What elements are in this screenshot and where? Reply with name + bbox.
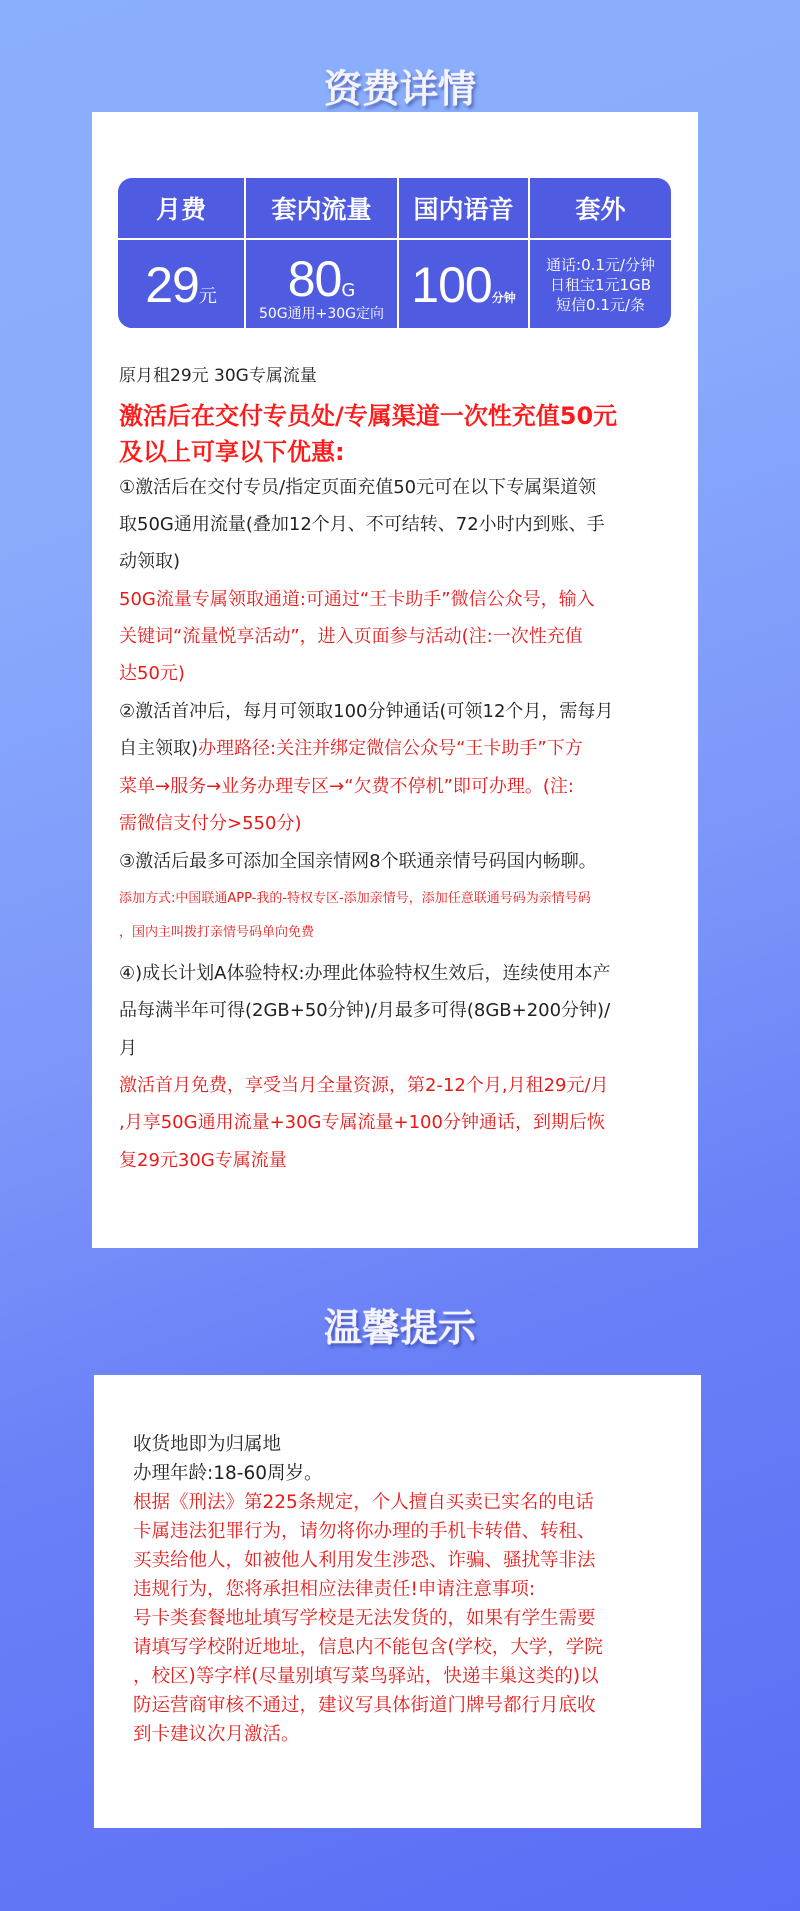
tip-legal-line-4: 违规行为，您将承担相应法律责任!申请注意事项:: [133, 1575, 535, 1601]
overage-daily-pass: 日租宝1元1GB: [550, 275, 651, 295]
price-col-overage: 套外 通话:0.1元/分钟 日租宝1元1GB 短信0.1元/条: [530, 178, 671, 328]
tip-address-line-4: 防运营商审核不通过，建议写具体街道门牌号都行月底收: [133, 1691, 596, 1717]
price-header-voice: 国内语音: [399, 178, 528, 240]
benefit-2-line-1: ②激活首冲后，每月可领取100分钟通话(可领12个月，需每月: [119, 697, 613, 723]
tip-delivery-location: 收货地即为归属地: [133, 1430, 281, 1456]
overage-call-rate: 通话:0.1元/分钟: [546, 255, 655, 275]
price-header-overage: 套外: [530, 178, 671, 240]
monthly-fee-value: 29元: [145, 260, 217, 310]
benefit-4-line-2: 品每满半年可得(2GB+50分钟)/月最多可得(8GB+200分钟)/: [119, 996, 610, 1022]
benefit-4-line-3: 月: [119, 1034, 137, 1060]
promo-headline-line-1: 激活后在交付专员处/专属渠道一次性充值50元: [119, 396, 617, 431]
tip-legal-line-3: 买卖给他人，如被他人利用发生涉恐、诈骗、骚扰等非法: [133, 1546, 596, 1572]
benefit-4-line-1: ④)成长计划A体验特权:办理此体验特权生效后，连续使用本产: [119, 959, 611, 985]
tip-age-requirement: 办理年龄:18-60周岁。: [133, 1459, 323, 1485]
data-value: 80G: [288, 254, 356, 304]
benefit-3-howto-line-2: ，国内主叫拨打亲情号码单向免费: [119, 921, 314, 940]
benefit-3-line-1: ③激活后最多可添加全国亲情网8个联通亲情号码国内畅聊。: [119, 847, 597, 873]
benefit-2-line-2: 自主领取)办理路径:关注并绑定微信公众号“王卡助手”下方: [119, 734, 583, 760]
section-title-tips: 温馨提示: [0, 1297, 800, 1352]
price-col-voice: 国内语音 100分钟: [399, 178, 530, 328]
first-month-free-line-2: ,月享50G通用流量+30G专属流量+100分钟通话，到期后恢: [119, 1108, 605, 1134]
benefit-1-channel-line-3: 达50元): [119, 659, 185, 685]
benefit-1-line-1: ①激活后在交付专员/指定页面充值50元可在以下专属渠道领: [119, 473, 596, 499]
tip-legal-line-2: 卡属违法犯罪行为，请勿将你办理的手机卡转借、转租、: [133, 1517, 596, 1543]
section-title-fee-details: 资费详情: [0, 58, 800, 113]
original-plan-text: 原月租29元 30G专属流量: [119, 361, 317, 386]
tip-address-line-2: 请填写学校附近地址，信息内不能包含(学校，大学，学院: [133, 1633, 603, 1659]
first-month-free-line-3: 复29元30G专属流量: [119, 1146, 287, 1172]
tip-legal-line-1: 根据《刑法》第225条规定，个人擅自买卖已实名的电话: [133, 1488, 594, 1514]
price-header-data: 套内流量: [246, 178, 397, 240]
fee-details-card: 月费 29元 套内流量 80G 50G通用+30G定向 国内语音 100分钟: [92, 112, 698, 1248]
price-table: 月费 29元 套内流量 80G 50G通用+30G定向 国内语音 100分钟: [118, 178, 671, 328]
price-col-monthly-fee: 月费 29元: [118, 178, 246, 328]
benefit-1-line-2: 取50G通用流量(叠加12个月、不可结转、72小时内到账、手: [119, 510, 605, 536]
voice-value: 100分钟: [411, 260, 515, 310]
data-breakdown-note: 50G通用+30G定向: [259, 305, 384, 323]
price-header-monthly-fee: 月费: [118, 178, 244, 240]
price-col-data: 套内流量 80G 50G通用+30G定向: [246, 178, 399, 328]
tip-address-line-1: 号卡类套餐地址填写学校是无法发货的，如果有学生需要: [133, 1604, 596, 1630]
overage-sms-rate: 短信0.1元/条: [556, 295, 645, 315]
benefit-1-channel-line-1: 50G流量专属领取通道:可通过“王卡助手”微信公众号，输入: [119, 585, 595, 611]
first-month-free-line-1: 激活首月免费，享受当月全量资源，第2-12个月,月租29元/月: [119, 1071, 609, 1097]
benefit-1-line-3: 动领取): [119, 547, 180, 573]
tips-card: 收货地即为归属地 办理年龄:18-60周岁。 根据《刑法》第225条规定，个人擅…: [94, 1375, 701, 1828]
benefit-2-line-3: 菜单→服务→业务办理专区→“欠费不停机”即可办理。(注:: [119, 772, 574, 798]
tip-address-line-5: 到卡建议次月激活。: [133, 1720, 300, 1746]
benefit-3-howto-line-1: 添加方式:中国联通APP-我的-特权专区-添加亲情号，添加任意联通号码为亲情号码: [119, 887, 591, 906]
benefit-1-channel-line-2: 关键词“流量悦享活动”，进入页面参与活动(注:一次性充值: [119, 622, 583, 648]
promo-headline-line-2: 及以上可享以下优惠:: [119, 432, 345, 467]
tip-address-line-3: ，校区)等字样(尽量别填写菜鸟驿站，快递丰巢这类的)以: [133, 1662, 599, 1688]
benefit-2-line-4: 需微信支付分>550分): [119, 809, 301, 835]
